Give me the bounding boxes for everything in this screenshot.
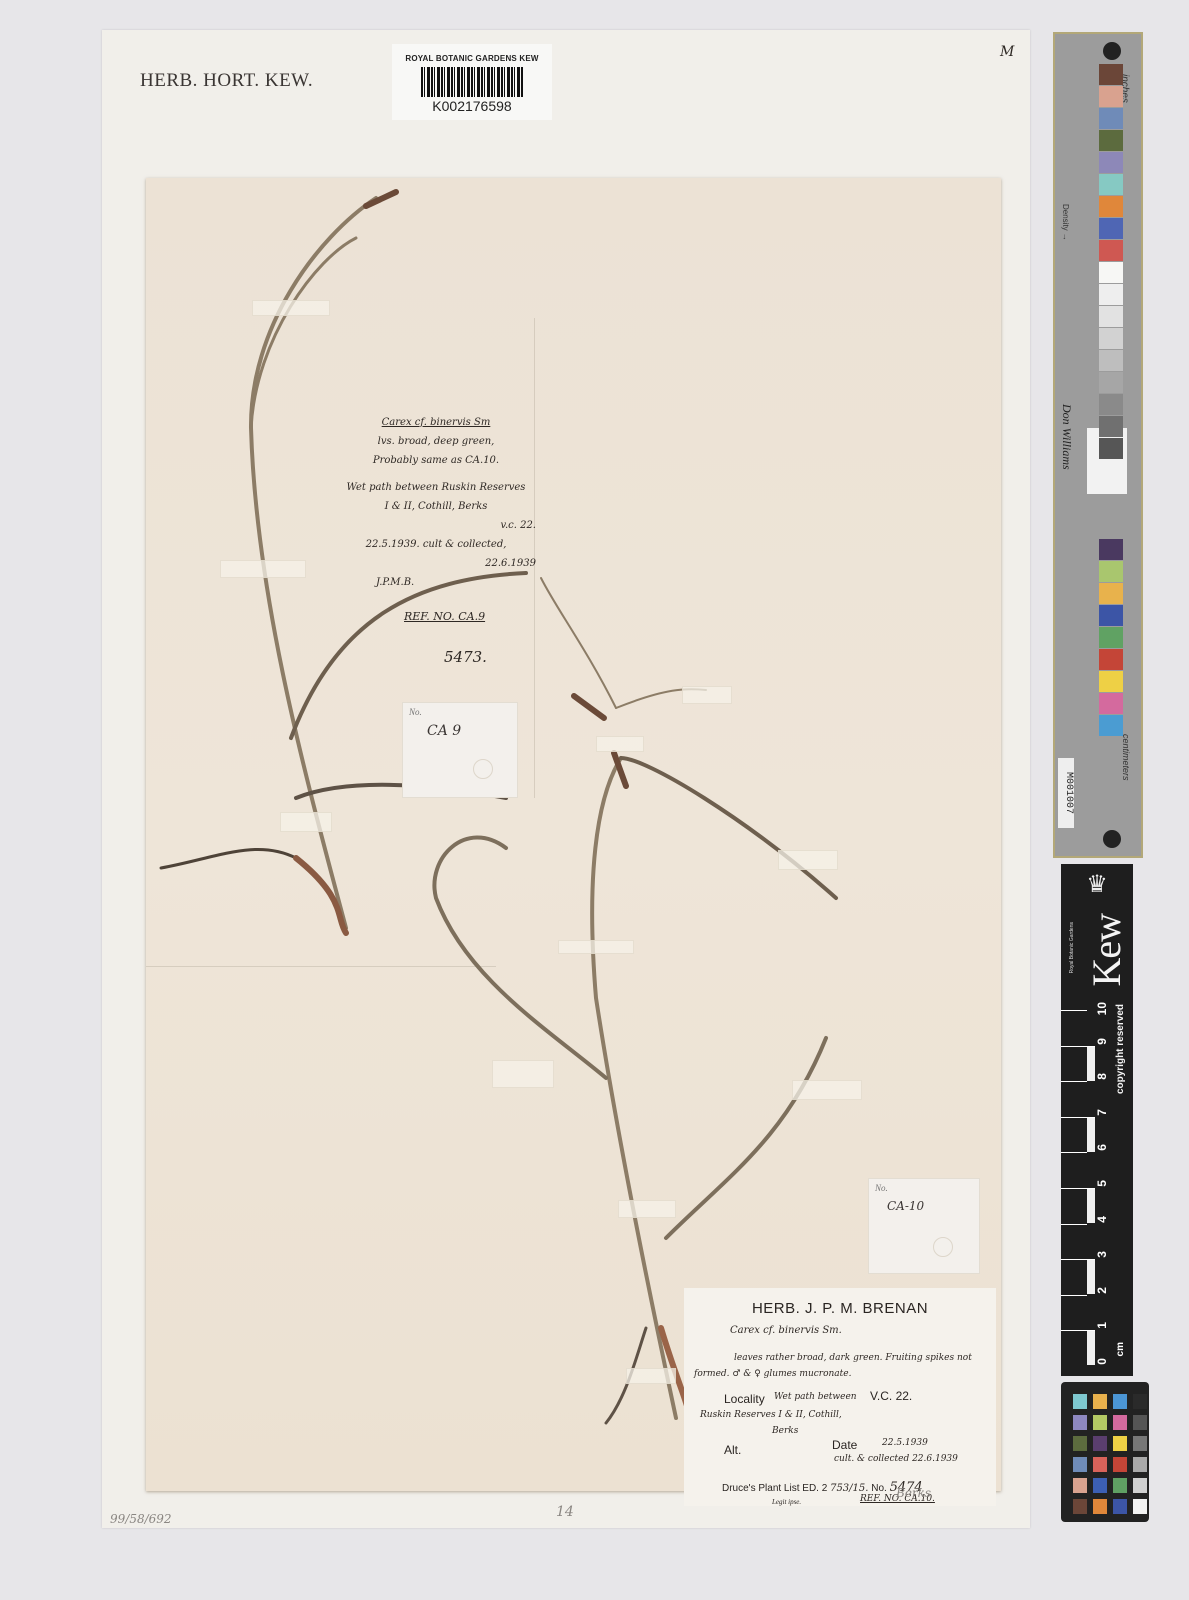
scale-number: 6 bbox=[1095, 1144, 1109, 1151]
scale-tick bbox=[1061, 1259, 1087, 1294]
color-swatch bbox=[1099, 64, 1123, 85]
color-swatch bbox=[1099, 583, 1123, 604]
color-swatch bbox=[1099, 108, 1123, 129]
packet-no-value: CA 9 bbox=[427, 723, 461, 739]
scale-tick bbox=[1087, 1188, 1095, 1223]
mini-color-cell bbox=[1073, 1499, 1087, 1514]
scale-tick bbox=[1061, 1224, 1087, 1259]
color-swatch bbox=[1099, 350, 1123, 371]
druce-line: Druce's Plant List ED. 2 753/15. No. 547… bbox=[722, 1480, 923, 1495]
mini-color-cell bbox=[1113, 1499, 1127, 1514]
mounting-tape bbox=[682, 686, 732, 704]
scale-tick bbox=[1061, 1152, 1087, 1187]
scale-number: 4 bbox=[1095, 1216, 1109, 1223]
color-swatch bbox=[1099, 240, 1123, 261]
color-swatch bbox=[1099, 284, 1123, 305]
druce-ref: 753/15. bbox=[830, 1483, 868, 1494]
scale-tick bbox=[1087, 1259, 1095, 1294]
date-label: Date bbox=[832, 1438, 857, 1452]
mini-color-cell bbox=[1073, 1457, 1087, 1472]
locality-line2: Ruskin Reserves I & II, Cothill, bbox=[700, 1410, 842, 1420]
scale-number: 9 bbox=[1095, 1038, 1109, 1045]
mini-color-cell bbox=[1073, 1394, 1087, 1409]
barcode-number: K002176598 bbox=[392, 98, 552, 114]
color-swatch bbox=[1099, 86, 1123, 107]
color-swatch bbox=[1099, 605, 1123, 626]
locality-value: Wet path between bbox=[774, 1392, 857, 1402]
scale-numbers: 012345678910 bbox=[1095, 1010, 1111, 1366]
scale-tick bbox=[1061, 1295, 1087, 1330]
color-swatch bbox=[1099, 328, 1123, 349]
note-line: v.c. 22. bbox=[336, 516, 536, 535]
scale-tick bbox=[1087, 1330, 1095, 1365]
label-header: HERB. J. P. M. BRENAN bbox=[684, 1300, 996, 1317]
color-swatches bbox=[1099, 64, 1123, 737]
locality-line3: Berks bbox=[772, 1426, 798, 1436]
mini-color-cell bbox=[1093, 1478, 1107, 1493]
mount-hole-icon bbox=[1103, 830, 1121, 848]
color-swatch bbox=[1099, 649, 1123, 670]
mini-color-cell bbox=[1113, 1457, 1127, 1472]
mini-color-cell bbox=[1133, 1415, 1147, 1430]
mounting-tape bbox=[792, 1080, 862, 1100]
mounting-tape bbox=[618, 1200, 676, 1218]
color-swatch bbox=[1099, 561, 1123, 582]
scale-ticks bbox=[1061, 1010, 1091, 1366]
vice-county: V.C. 22. bbox=[870, 1389, 912, 1403]
mini-color-cell bbox=[1093, 1499, 1107, 1514]
mounting-tape bbox=[220, 560, 306, 578]
centimeters-label: centimeters bbox=[1121, 734, 1131, 781]
cm-unit-label: cm bbox=[1115, 1342, 1126, 1356]
note-line: lvs. broad, deep green, bbox=[336, 432, 536, 451]
scale-tick bbox=[1087, 1117, 1095, 1152]
color-swatch bbox=[1099, 715, 1123, 736]
scale-tick bbox=[1061, 1117, 1087, 1152]
mini-color-cell bbox=[1093, 1394, 1107, 1409]
note-line: Probably same as CA.10. bbox=[336, 451, 536, 470]
specimen-mount: Carex cf. binervis Sm lvs. broad, deep g… bbox=[146, 178, 1001, 1491]
color-swatch bbox=[1099, 196, 1123, 217]
packet-ca9: No. CA 9 bbox=[402, 702, 518, 798]
mini-checker-grid bbox=[1073, 1394, 1147, 1514]
color-swatch bbox=[1099, 394, 1123, 415]
color-swatch bbox=[1099, 152, 1123, 173]
specimen-number-5473: 5473. bbox=[444, 648, 487, 666]
mounting-tape bbox=[252, 300, 330, 316]
druce-no-label: No. bbox=[871, 1483, 887, 1494]
mounting-tape bbox=[492, 1060, 554, 1088]
mini-color-cell bbox=[1093, 1436, 1107, 1451]
scale-number: 3 bbox=[1095, 1251, 1109, 1258]
date-value: 22.5.1939 bbox=[882, 1438, 928, 1448]
checker-code: M001007 bbox=[1058, 758, 1074, 828]
mini-color-cell bbox=[1073, 1478, 1087, 1493]
mini-color-cell bbox=[1113, 1436, 1127, 1451]
mini-color-cell bbox=[1113, 1415, 1127, 1430]
copyright-text: copyright reserved bbox=[1115, 1004, 1126, 1094]
packet-no-label: No. bbox=[875, 1183, 888, 1193]
note-line: Wet path between Ruskin Reserves bbox=[336, 478, 536, 497]
scale-tick bbox=[1061, 1188, 1087, 1223]
note-line: 22.5.1939. cult & collected, bbox=[336, 535, 536, 554]
scale-tick bbox=[1087, 1046, 1095, 1081]
color-density-scale: inches centimeters Density → Don William… bbox=[1053, 32, 1143, 858]
mini-color-cell bbox=[1133, 1394, 1147, 1409]
mounting-tape bbox=[596, 736, 644, 752]
kew-logo: Kew bbox=[1083, 914, 1130, 987]
kew-scale-bar: ♛ Kew Royal Botanic Gardens copyright re… bbox=[1061, 864, 1133, 1376]
mounting-tape bbox=[558, 940, 634, 954]
note-line: 22.6.1939 bbox=[336, 554, 536, 573]
mini-color-cell bbox=[1093, 1415, 1107, 1430]
margin-note-number: 14 bbox=[556, 1504, 574, 1520]
druce-label: Druce's Plant List ED. 2 bbox=[722, 1483, 827, 1494]
color-swatch bbox=[1099, 438, 1123, 459]
scale-tick bbox=[1061, 1010, 1087, 1045]
date-line2: cult. & collected 22.6.1939 bbox=[834, 1454, 958, 1464]
mounting-tape bbox=[626, 1368, 676, 1384]
corner-mark: M bbox=[1000, 44, 1014, 60]
mini-color-cell bbox=[1113, 1478, 1127, 1493]
description-line: leaves rather broad, dark green. Fruitin… bbox=[694, 1350, 984, 1366]
mounting-tape bbox=[280, 812, 332, 832]
packet-no-label: No. bbox=[409, 707, 422, 717]
alt-label: Alt. bbox=[724, 1443, 741, 1457]
barcode-label: ROYAL BOTANIC GARDENS KEW K002176598 bbox=[392, 44, 552, 120]
color-swatch bbox=[1099, 174, 1123, 195]
scale-number: 5 bbox=[1095, 1180, 1109, 1187]
scale-tick bbox=[1061, 1330, 1087, 1365]
scale-number: 0 bbox=[1095, 1358, 1109, 1365]
packet-pocket-icon bbox=[473, 759, 493, 779]
color-swatch bbox=[1099, 372, 1123, 393]
mini-color-cell bbox=[1073, 1415, 1087, 1430]
barcode-icon bbox=[421, 67, 523, 97]
packet-ca10: No. CA-10 bbox=[868, 1178, 980, 1274]
packet-pocket-icon bbox=[933, 1237, 953, 1257]
margin-note-county: Berks bbox=[896, 1486, 931, 1500]
legit-ipse: Legit ipse. bbox=[772, 1498, 801, 1506]
color-swatch bbox=[1099, 306, 1123, 327]
color-swatch bbox=[1099, 693, 1123, 714]
royal-crest-icon: ♛ bbox=[1081, 870, 1113, 900]
locality-label: Locality bbox=[724, 1392, 765, 1406]
mount-hole-icon bbox=[1103, 42, 1121, 60]
scale-number: 2 bbox=[1095, 1287, 1109, 1294]
scale-number: 8 bbox=[1095, 1073, 1109, 1080]
scale-tick bbox=[1061, 1046, 1087, 1081]
mini-color-checker bbox=[1061, 1382, 1149, 1522]
color-swatch bbox=[1099, 627, 1123, 648]
mini-color-cell bbox=[1113, 1394, 1127, 1409]
herbarium-sheet: HERB. HORT. KEW. ROYAL BOTANIC GARDENS K… bbox=[102, 30, 1030, 1528]
scale-number: 7 bbox=[1095, 1109, 1109, 1116]
note-line: I & II, Cothill, Berks bbox=[336, 497, 536, 516]
kew-subtitle: Royal Botanic Gardens bbox=[1069, 922, 1075, 973]
mini-color-cell bbox=[1133, 1499, 1147, 1514]
scale-number: 1 bbox=[1095, 1322, 1109, 1329]
specimen-handwritten-note: Carex cf. binervis Sm lvs. broad, deep g… bbox=[336, 413, 536, 592]
density-label: Density → bbox=[1061, 204, 1070, 241]
mini-color-cell bbox=[1133, 1478, 1147, 1493]
mini-color-cell bbox=[1073, 1436, 1087, 1451]
color-swatch bbox=[1099, 671, 1123, 692]
color-swatch bbox=[1099, 218, 1123, 239]
barcode-organization: ROYAL BOTANIC GARDENS KEW bbox=[392, 54, 552, 63]
mini-color-cell bbox=[1093, 1457, 1107, 1472]
note-line: Carex cf. binervis Sm bbox=[336, 413, 536, 432]
brenan-herbarium-label: HERB. J. P. M. BRENAN Carex cf. binervis… bbox=[684, 1288, 996, 1506]
packet-no-value: CA-10 bbox=[887, 1199, 924, 1213]
description-line: formed. ♂ & ♀ glumes mucronate. bbox=[694, 1366, 984, 1382]
color-swatch bbox=[1099, 416, 1123, 437]
mini-color-cell bbox=[1133, 1436, 1147, 1451]
margin-note-accession: 99/58/692 bbox=[110, 1512, 172, 1526]
ref-number-ca9: REF. NO. CA.9 bbox=[404, 610, 485, 623]
color-swatch bbox=[1099, 539, 1123, 560]
herbarium-title: HERB. HORT. KEW. bbox=[140, 70, 313, 92]
scale-number: 10 bbox=[1095, 1002, 1109, 1015]
color-swatch bbox=[1099, 130, 1123, 151]
mini-color-cell bbox=[1133, 1457, 1147, 1472]
label-description: leaves rather broad, dark green. Fruitin… bbox=[694, 1350, 984, 1382]
checker-brand: Don Williams bbox=[1059, 404, 1074, 470]
scale-tick bbox=[1061, 1081, 1087, 1116]
note-initials: J.P.M.B. bbox=[336, 573, 536, 592]
color-swatch bbox=[1099, 262, 1123, 283]
mounting-tape bbox=[778, 850, 838, 870]
label-species: Carex cf. binervis Sm. bbox=[730, 1325, 842, 1336]
